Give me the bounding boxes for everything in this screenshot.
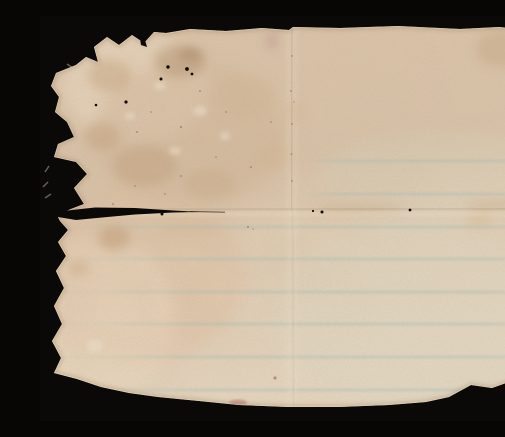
paper-grain [40, 16, 505, 421]
photo-of-aged-paper: Photograph of a blank, heavily aged and … [40, 16, 505, 421]
aged-paper-illustration [40, 16, 505, 421]
